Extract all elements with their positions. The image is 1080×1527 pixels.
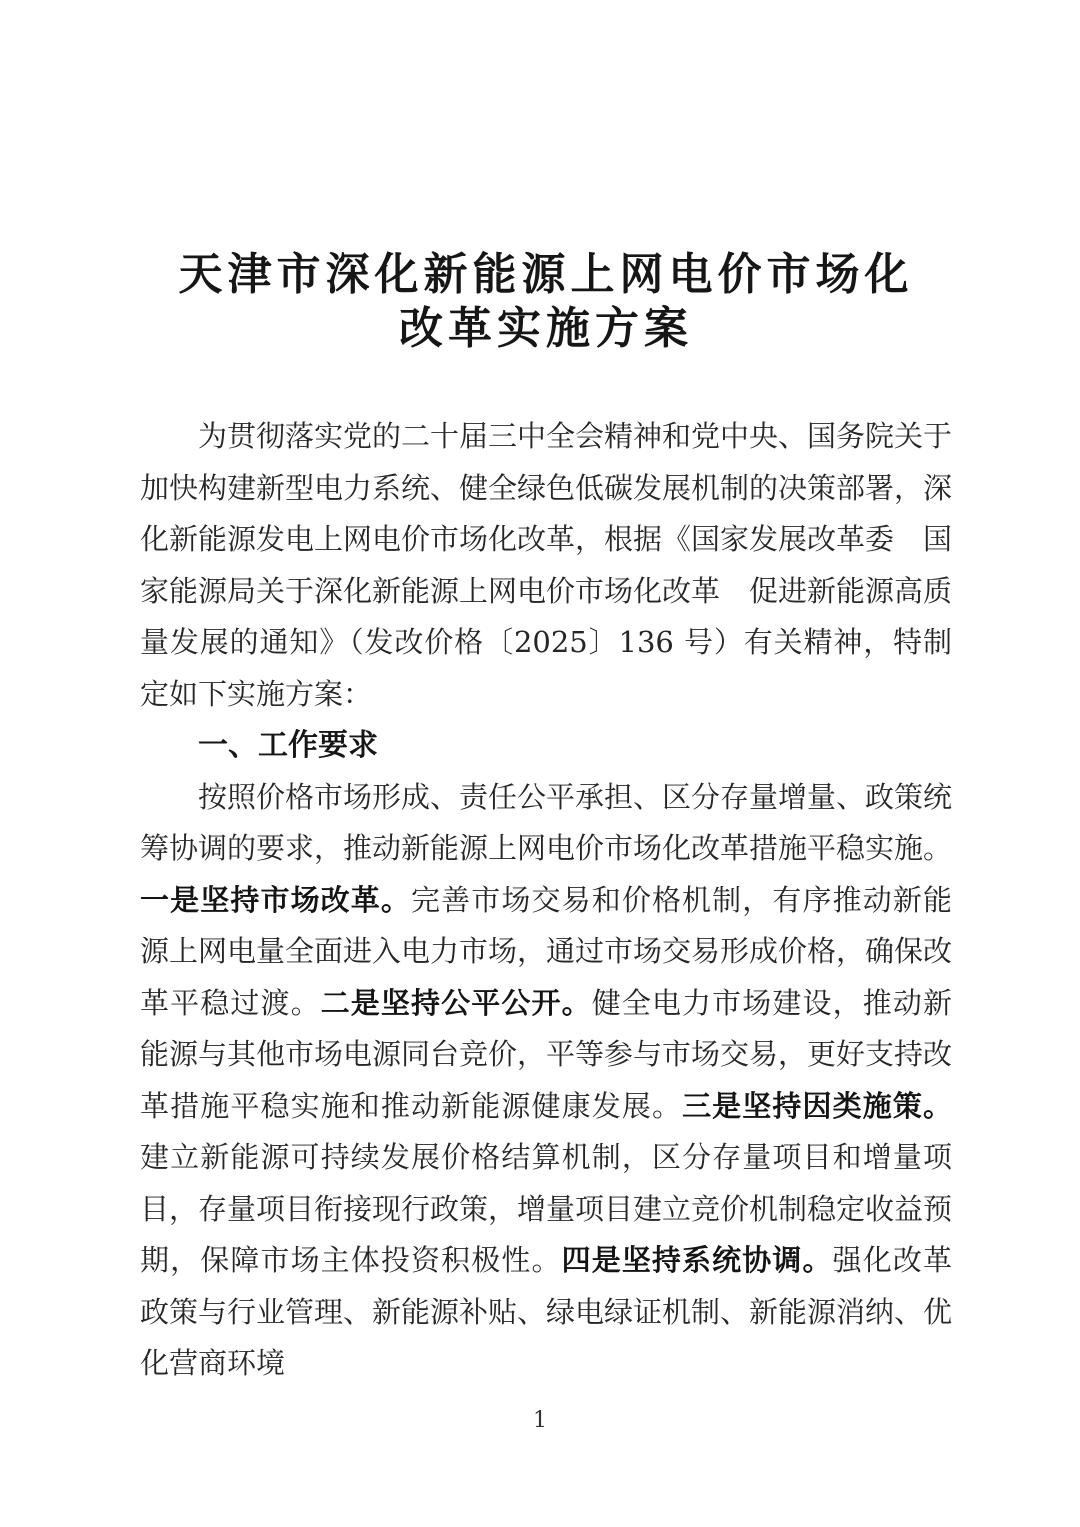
document-title-line-2: 改革实施方案 (140, 302, 952, 356)
paragraph-run: 按照价格市场形成、责任公平承担、区分存量增量、政策统筹协调的要求，推动新能源上网… (140, 780, 952, 866)
page-footer: 1 (0, 1408, 1080, 1433)
paragraph-run-emphasis-1: 一是坚持市场改革。 (140, 883, 411, 917)
document-content: 天津市深化新能源上网电价市场化 改革实施方案 为贯彻落实党的二十届三中全会精神和… (140, 248, 952, 1390)
section-heading-work-requirements: 一、工作要求 (140, 720, 952, 772)
document-title-line-1: 天津市深化新能源上网电价市场化 (140, 248, 952, 302)
page-number: 1 (533, 1408, 547, 1433)
paragraph-run-emphasis-4: 四是坚持系统协调。 (562, 1243, 833, 1277)
intro-paragraph: 为贯彻落实党的二十届三中全会精神和党中央、国务院关于加快构建新型电力系统、健全绿… (140, 411, 952, 720)
document-page: 天津市深化新能源上网电价市场化 改革实施方案 为贯彻落实党的二十届三中全会精神和… (0, 0, 1080, 1527)
paragraph-run-emphasis-3: 三是坚持因类施策。 (682, 1089, 952, 1123)
requirements-paragraph: 按照价格市场形成、责任公平承担、区分存量增量、政策统筹协调的要求，推动新能源上网… (140, 772, 952, 1390)
paragraph-run-emphasis-2: 二是坚持公平公开。 (321, 986, 592, 1020)
document-title: 天津市深化新能源上网电价市场化 改革实施方案 (140, 248, 952, 356)
